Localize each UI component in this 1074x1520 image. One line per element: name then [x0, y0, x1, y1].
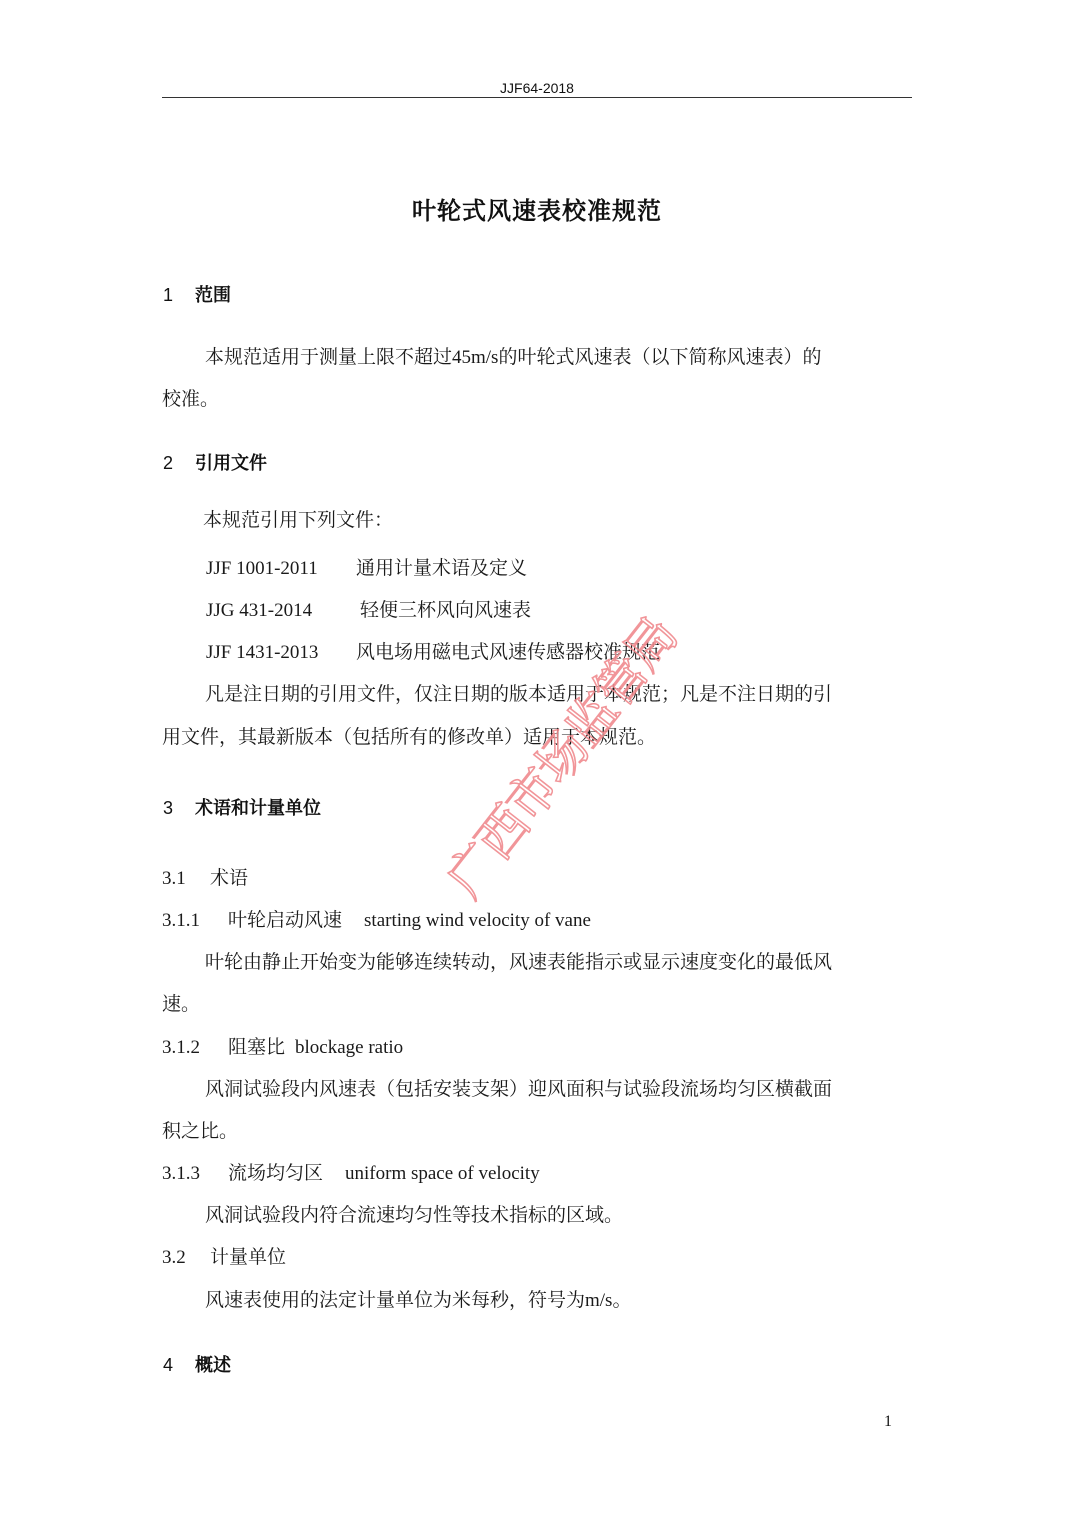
term-cn: 叶轮启动风速 — [228, 910, 342, 931]
term-number: 3.1.1 — [162, 908, 228, 934]
definition-line: 风洞试验段内风速表（包括安装支架）迎风面积与试验段流场均匀区横截面 — [205, 1077, 957, 1103]
section-number: 3 — [163, 795, 195, 821]
section-1-heading: 1范围 — [163, 282, 231, 309]
definition-line: 速。 — [162, 992, 914, 1018]
section-3-heading: 3术语和计量单位 — [163, 795, 321, 822]
document-page: JJF64-2018 叶轮式风速表校准规范 1范围 本规范适用于测量上限不超过4… — [0, 0, 1074, 1520]
running-header: JJF64-2018 — [162, 79, 912, 97]
section-title: 引用文件 — [195, 453, 267, 474]
subsection-number: 3.1 — [162, 866, 210, 892]
reference-item: JJF 1001-2011通用计量术语及定义 — [206, 556, 958, 582]
subsection-3-1-heading: 3.1术语 — [162, 866, 914, 892]
subsection-3-2-heading: 3.2计量单位 — [162, 1245, 914, 1271]
section-number: 4 — [163, 1352, 195, 1378]
paragraph-line: 风速表使用的法定计量单位为米每秒，符号为m/s。 — [205, 1288, 957, 1314]
section-number: 1 — [163, 282, 195, 308]
term-3-1-2-heading: 3.1.2阻塞比blockage ratio — [162, 1035, 914, 1061]
term-en: blockage ratio — [295, 1037, 403, 1058]
term-en: starting wind velocity of vane — [364, 910, 591, 931]
references-intro: 本规范引用下列文件： — [203, 508, 955, 534]
definition-line: 风洞试验段内符合流速均匀性等技术指标的区域。 — [205, 1203, 957, 1229]
term-3-1-1-heading: 3.1.1叶轮启动风速starting wind velocity of van… — [162, 908, 914, 934]
page-number: 1 — [884, 1412, 892, 1432]
term-en: uniform space of velocity — [345, 1163, 540, 1184]
header-rule — [162, 97, 912, 98]
subsection-number: 3.2 — [162, 1245, 210, 1271]
term-cn: 流场均匀区 — [228, 1163, 323, 1184]
term-cn: 阻塞比 — [228, 1037, 285, 1058]
term-number: 3.1.3 — [162, 1161, 228, 1187]
paragraph-line: 本规范适用于测量上限不超过45m/s的叶轮式风速表（以下简称风速表）的 — [205, 345, 957, 371]
section-number: 2 — [163, 450, 195, 476]
reference-item: JJG 431-2014轻便三杯风向风速表 — [206, 598, 958, 624]
paragraph-line: 用文件，其最新版本（包括所有的修改单）适用于本规范。 — [162, 725, 914, 751]
reference-code: JJG 431-2014 — [206, 598, 360, 624]
reference-code: JJF 1001-2011 — [206, 556, 356, 582]
reference-title: 轻便三杯风向风速表 — [360, 600, 531, 621]
subsection-title: 计量单位 — [210, 1247, 286, 1268]
paragraph-line: 校准。 — [162, 387, 914, 413]
subsection-title: 术语 — [210, 868, 248, 889]
reference-title: 风电场用磁电式风速传感器校准规范 — [356, 642, 660, 663]
paragraph-line: 凡是注日期的引用文件，仅注日期的版本适用于本规范；凡是不注日期的引 — [205, 682, 957, 708]
definition-line: 叶轮由静止开始变为能够连续转动，风速表能指示或显示速度变化的最低风 — [205, 950, 957, 976]
section-4-heading: 4概述 — [163, 1352, 231, 1379]
section-title: 概述 — [195, 1355, 231, 1376]
term-3-1-3-heading: 3.1.3流场均匀区uniform space of velocity — [162, 1161, 914, 1187]
reference-item: JJF 1431-2013风电场用磁电式风速传感器校准规范 — [206, 640, 958, 666]
section-2-heading: 2引用文件 — [163, 450, 267, 477]
reference-code: JJF 1431-2013 — [206, 640, 356, 666]
definition-line: 积之比。 — [162, 1119, 914, 1145]
reference-title: 通用计量术语及定义 — [356, 558, 527, 579]
document-title: 叶轮式风速表校准规范 — [162, 194, 912, 228]
section-title: 术语和计量单位 — [195, 798, 321, 819]
term-number: 3.1.2 — [162, 1035, 228, 1061]
section-title: 范围 — [195, 285, 231, 306]
